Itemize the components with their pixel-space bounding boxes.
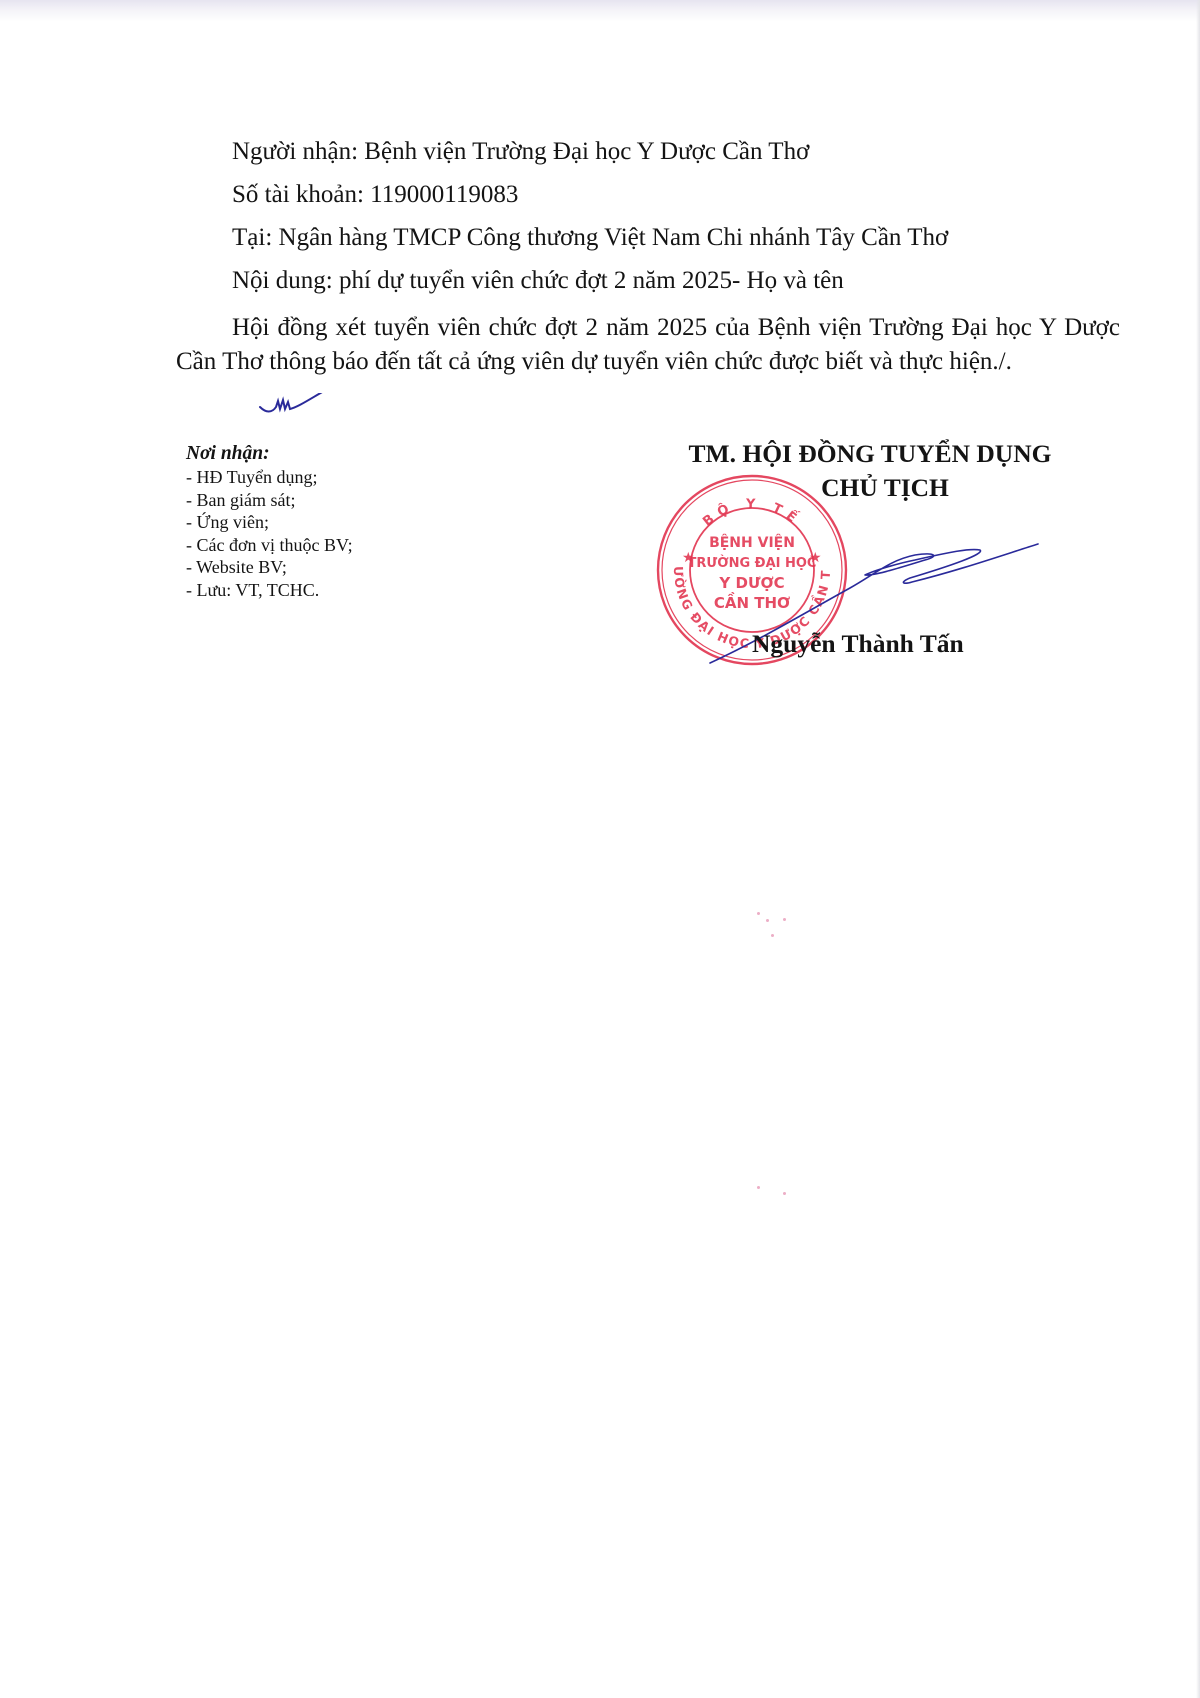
- signer-name: Nguyễn Thành Tấn: [752, 629, 964, 659]
- initials-mark: [258, 393, 328, 423]
- scan-artifact: [783, 1192, 786, 1195]
- signing-role: CHỦ TỊCH: [670, 471, 1100, 505]
- svg-text:CẦN THƠ: CẦN THƠ: [714, 591, 790, 612]
- payment-content-line: Nội dung: phí dự tuyển viên chức đợt 2 n…: [232, 266, 844, 296]
- closing-paragraph: Hội đồng xét tuyển viên chức đợt 2 năm 2…: [176, 311, 1120, 379]
- svg-text:Y DƯỢC: Y DƯỢC: [718, 574, 784, 592]
- svg-text:★: ★: [809, 550, 822, 566]
- signing-organization: TM. HỘI ĐỒNG TUYỂN DỤNG: [640, 437, 1100, 471]
- scan-shadow-right: [1196, 0, 1200, 1698]
- signature-block: TM. HỘI ĐỒNG TUYỂN DỤNG CHỦ TỊCH: [640, 437, 1100, 505]
- recipient-item: - Ứng viên;: [186, 511, 353, 534]
- recipient-line: Người nhận: Bệnh viện Trường Đại học Y D…: [232, 137, 809, 167]
- recipient-item: - Các đơn vị thuộc BV;: [186, 534, 353, 557]
- bank-line: Tại: Ngân hàng TMCP Công thương Việt Nam…: [232, 223, 948, 253]
- svg-text:TRƯỜNG ĐẠI HỌC: TRƯỜNG ĐẠI HỌC: [688, 555, 817, 571]
- account-number-line: Số tài khoản: 119000119083: [232, 180, 518, 210]
- scan-artifact: [783, 918, 786, 921]
- svg-text:BỆNH VIỆN: BỆNH VIỆN: [709, 533, 795, 551]
- scan-artifact: [757, 1186, 760, 1189]
- recipient-item: - HĐ Tuyển dụng;: [186, 466, 353, 489]
- recipient-item: - Website BV;: [186, 556, 353, 579]
- svg-text:★: ★: [682, 550, 695, 566]
- scan-artifact: [771, 934, 774, 937]
- scan-artifact: [766, 919, 769, 922]
- recipient-item: - Lưu: VT, TCHC.: [186, 579, 353, 602]
- recipients-list: Nơi nhận: - HĐ Tuyển dụng; - Ban giám sá…: [186, 442, 353, 601]
- scan-artifact: [757, 912, 760, 915]
- recipient-item: - Ban giám sát;: [186, 489, 353, 512]
- scan-shadow-top: [0, 0, 1200, 22]
- recipients-title: Nơi nhận:: [186, 442, 353, 466]
